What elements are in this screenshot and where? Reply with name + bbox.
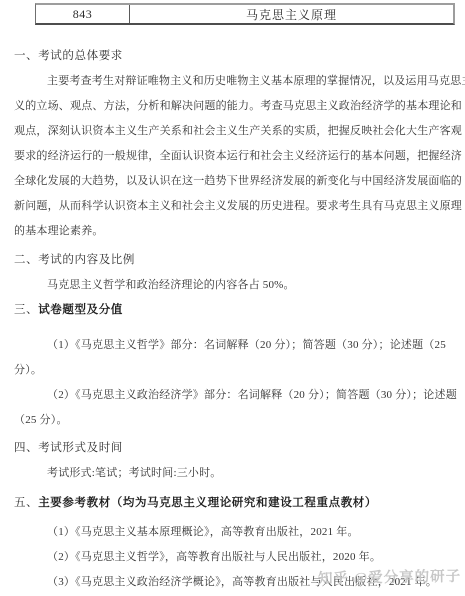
overview-line-6: 新问题，从而科学认识资本主义和社会主义发展的历史进程。要求考生具有马克思主义原理: [14, 194, 457, 219]
section-5-title: 主要参考教材（均为马克思主义理论研究和建设工程重点教材）: [38, 497, 377, 509]
section-5-number: 五、: [14, 497, 38, 509]
overview-line-1: 主要考查考生对辩证唯物主义和历史唯物主义基本原理的掌握情况，以及运用马克思主: [14, 69, 457, 94]
course-title-cell: 马克思主义原理: [130, 5, 453, 23]
question-type-2-line-2: （25 分）。: [14, 408, 457, 433]
course-code-cell: 843: [36, 5, 130, 23]
document-body: 一、考试的总体要求 主要考查考生对辩证唯物主义和历史唯物主义基本原理的掌握情况，…: [14, 44, 457, 595]
section-3-heading: 三、试卷题型及分值: [14, 298, 457, 323]
section-3-number: 三、: [14, 304, 38, 316]
reference-item-3: （3）《马克思主义政治经济学概论》，高等教育出版社与人民出版社，2021 年。: [14, 570, 457, 595]
question-types-list: （1）《马克思主义哲学》部分：名词解释（20 分）；简答题（30 分）；论述题（…: [14, 333, 457, 433]
reference-list: （1）《马克思主义基本原理概论》，高等教育出版社，2021 年。 （2）《马克思…: [14, 520, 457, 595]
content-ratio-line: 马克思主义哲学和政治经济理论的内容各占 50%。: [14, 273, 457, 298]
overview-line-2: 义的立场、观点、方法，分析和解决问题的能力。考查马克思主义政治经济学的基本理论和: [14, 94, 457, 119]
section-2-heading: 二、考试的内容及比例: [14, 248, 457, 273]
reference-item-2: （2）《马克思主义哲学》，高等教育出版社与人民出版社，2020 年。: [14, 545, 457, 570]
overview-line-3: 观点，深刻认识资本主义生产关系和社会主义生产关系的实质，把握反映社会化大生产客观: [14, 119, 457, 144]
overview-line-7: 的基本理论素养。: [14, 219, 457, 244]
exam-form-line: 考试形式:笔试；考试时间:三小时。: [14, 461, 457, 486]
section-3-title: 试卷题型及分值: [38, 304, 123, 316]
course-header-table: 843 马克思主义原理: [35, 3, 455, 25]
question-type-2-line-1: （2）《马克思主义政治经济学》部分：名词解释（20 分）；简答题（30 分）；论…: [14, 383, 457, 408]
question-type-1-line-2: 分）。: [14, 358, 457, 383]
overview-line-4: 要求的经济运行的一般规律，全面认识资本运行和社会主义经济运行的基本问题，把握经济: [14, 144, 457, 169]
section-5-heading: 五、主要参考教材（均为马克思主义理论研究和建设工程重点教材）: [14, 491, 457, 516]
overview-line-5: 全球化发展的大趋势，以及认识在这一趋势下世界经济发展的新变化与中国经济发展面临的: [14, 169, 457, 194]
section-1-heading: 一、考试的总体要求: [14, 44, 457, 69]
reference-item-1: （1）《马克思主义基本原理概论》，高等教育出版社，2021 年。: [14, 520, 457, 545]
section-4-heading: 四、考试形式及时间: [14, 436, 457, 461]
question-type-1-line-1: （1）《马克思主义哲学》部分：名词解释（20 分）；简答题（30 分）；论述题（…: [14, 333, 457, 358]
